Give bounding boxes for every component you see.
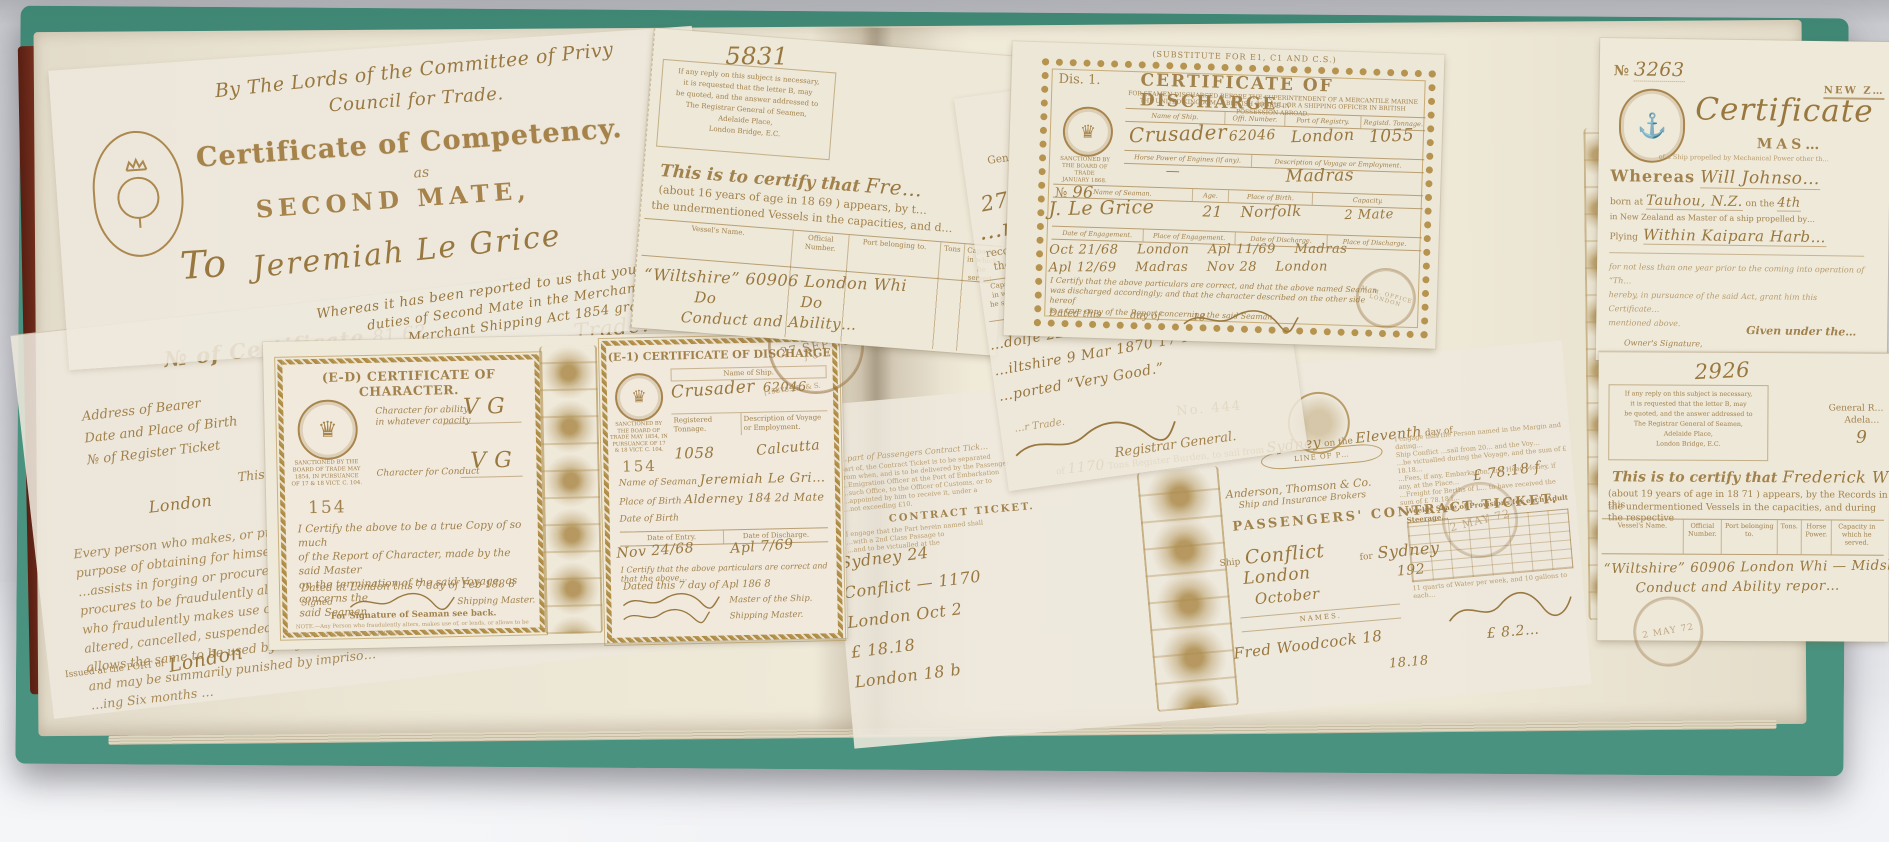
- dis1-master-signature-flourish: [1181, 306, 1302, 334]
- to-word: To: [179, 241, 228, 288]
- doc-number-2926: 2926: [1694, 358, 1751, 385]
- dis1-code: Dis. 1.: [1058, 72, 1100, 88]
- doc-service-record-5831: 5831 If any reply on this subject is nec…: [631, 28, 1019, 356]
- certify-name-2926: Frederick W…: [1782, 467, 1889, 487]
- certify-name-5831: Fre…: [864, 173, 923, 201]
- signed-label: Signed: [301, 598, 333, 609]
- col-tons-2926: Tons.: [1778, 520, 1802, 554]
- ornate-divider-column: [1136, 466, 1239, 712]
- reply-notice-text: If any reply on this subject is necessar…: [658, 60, 835, 144]
- dis1-official-label: Offi. Number.: [1225, 112, 1285, 126]
- ship-label: Ship: [1219, 557, 1240, 569]
- fare-script: £ 8.2…: [1486, 621, 1540, 642]
- conduct-value: V G: [470, 448, 512, 474]
- character-officer-label: Shipping Master.: [457, 595, 535, 607]
- dis1-ship-script: Crusader: [1128, 120, 1227, 148]
- e1-officer-label: Shipping Master.: [730, 610, 804, 622]
- office-line2-2926: Adela…: [1845, 416, 1880, 426]
- dis1-service-row1: Oct 21/68 London Apl 11/69 Madras: [1049, 242, 1347, 258]
- dis1-age-script: 21: [1202, 202, 1223, 221]
- doc-certificate-of-competency: By The Lords of the Committee of Privy C…: [48, 26, 712, 370]
- for-label: for: [1359, 552, 1373, 563]
- given-place-script: London: [148, 491, 213, 517]
- passenger-name-script: Fred Woodcock 18: [1233, 627, 1384, 663]
- doc-nz-master-certificate: № 3263 ⚓ NEW Z… Certificate MAS… of a Sh…: [1596, 38, 1889, 364]
- row2-2926: Conduct and Ability repor…: [1635, 578, 1839, 596]
- reply-notice-box: If any reply on this subject is necessar…: [656, 59, 836, 160]
- nz-line: in New Zealand as Master of a ship prope…: [1610, 212, 1815, 224]
- col-hp-2926: Horse Power.: [1802, 520, 1832, 554]
- e1-birth-script: Alderney 184: [684, 490, 772, 506]
- dis1-age-label: Age.: [1193, 189, 1229, 202]
- e1-voyage-script: Calcutta: [756, 437, 821, 459]
- e1-voyage-label: Description of Voyage or Employment.: [741, 411, 827, 435]
- dis1-hp-script: —: [1165, 163, 1180, 179]
- col-vessel-2926: Vessel's Name.: [1602, 519, 1684, 553]
- dis1-service-row2: Apl 12/69 Madras Nov 28 London: [1049, 259, 1328, 275]
- e1-seaman-script: Jeremiah Le Gri…: [700, 470, 826, 488]
- e1-tonnage-label: Registered Tonnage.: [671, 413, 741, 436]
- nz-plying-script: Within Kaipara Harb…: [1643, 226, 1826, 248]
- photo-of-open-book: Trade. № of Certificate 81 62 Address of…: [0, 0, 1889, 842]
- dis1-seaman-script: J. Le Grice: [1048, 196, 1154, 220]
- board-of-trade-crest-icon: [89, 128, 188, 260]
- shipping-master-signature-flourish-2: [621, 606, 711, 626]
- dis1-lace-border: Dis. 1. CERTIFICATE OF DISCHARGE FOR SEA…: [1034, 58, 1436, 338]
- character-form-number: 154: [303, 497, 351, 518]
- certify-prefix-2926: This is to certify that: [1612, 469, 1777, 486]
- ribbon-text: LINE OF P…: [1294, 450, 1350, 464]
- dis1-hp-label: Horse Power of Engines (if any).: [1124, 151, 1252, 167]
- nz-owners-label: Owner's Signature,: [1624, 338, 1703, 348]
- doc-certificate-of-discharge-dis1: (SUBSTITUTE FOR E1, C1 AND C.S.) Dis. 1.…: [1003, 41, 1444, 348]
- nz-born-day: 4th: [1777, 195, 1801, 211]
- ability-answer-line: [444, 422, 522, 425]
- doc-character-and-discharge-sheet: (E-D) CERTIFICATE OF CHARACTER. ♛ SANCTI…: [263, 330, 847, 650]
- nz-born-place: Tauhou, N.Z.: [1646, 193, 1743, 211]
- office-line1-2926: General R…: [1829, 403, 1884, 413]
- reply-notice-box-2926: If any reply on this subject is necessar…: [1608, 384, 1768, 461]
- dis1-capacity-script: 2 Mate: [1344, 207, 1394, 223]
- ornate-divider-column-2: [539, 345, 603, 634]
- registrar-signature-flourish: [1009, 411, 1182, 464]
- col-tons-5831: Tons: [939, 242, 966, 280]
- nz-born-pre: born at: [1610, 197, 1643, 207]
- row1-2926: “Wiltshire” 60906 London Whi — Midship…: [1604, 557, 1889, 577]
- col-official-5831: Official Number.: [791, 231, 850, 271]
- nz-paren-line: of a Ship propelled by Mechanical Power …: [1659, 153, 1829, 163]
- nz-born-post: on the: [1745, 199, 1774, 209]
- col-port-2926: Port belonging to.: [1722, 520, 1778, 554]
- e1-birth-label: Place of Birth: [619, 496, 682, 507]
- dis1-official-script: 62046: [1229, 127, 1277, 145]
- ability-value: V G: [463, 394, 505, 420]
- dis1-eng-date-label: Date of Engagement.: [1052, 227, 1144, 242]
- e1-master-note: Master of the Ship.: [729, 594, 812, 606]
- dis1-tonnage-script: 1055: [1369, 125, 1415, 147]
- col-capacity-2926: Capacity in which he served.: [1832, 520, 1882, 554]
- nz-given-line: Given under the…: [1746, 324, 1856, 339]
- counterfoil-handwriting: Sydney 24Conflict — 1170London Oct 2£ 18…: [838, 532, 993, 698]
- e1-capacity-script: 2d Mate: [775, 490, 825, 504]
- nz-legal-lines: for not less than one year prior to the …: [1608, 260, 1871, 334]
- e1-dob-label: Date of Birth: [620, 513, 679, 524]
- marine-department-seal-icon: ♛: [297, 399, 358, 460]
- e1-discharge-script: Apl 7/69: [730, 536, 794, 557]
- nz-rank-word: MAS…: [1757, 136, 1824, 153]
- marine-department-seal-icon-2: ♛: [615, 373, 664, 422]
- col-official-2926: Official Number.: [1684, 520, 1722, 554]
- e1-sanction-text: SANCTIONED BY THE BOARD OF TRADE MAY 185…: [610, 421, 669, 455]
- e1-seaman-label: Name of Seaman: [619, 477, 697, 489]
- reply-notice-text-2926: If any reply on this subject is necessar…: [1609, 385, 1767, 450]
- dis1-birth-script: Norfolk: [1240, 202, 1302, 221]
- ticket-date-script: 18.18: [1388, 653, 1429, 671]
- nz-number-label: №: [1614, 63, 1629, 79]
- conduct-answer-line: [461, 476, 523, 478]
- nz-divider: [1609, 252, 1864, 257]
- dis1-voyage-script: Madras: [1285, 165, 1354, 186]
- e1-tonnage-script: 1058: [674, 444, 715, 463]
- certificate-of-character: (E-D) CERTIFICATE OF CHARACTER. ♛ SANCTI…: [277, 354, 545, 637]
- nz-name-script: Will Johnso…: [1700, 167, 1820, 190]
- character-sanction-text: SANCTIONED BY THE BOARD OF TRADE MAY 185…: [290, 459, 363, 489]
- ship-month-script: October: [1254, 584, 1320, 608]
- doc-service-record-2926: 2926 If any reply on this subject is nec…: [1597, 351, 1889, 642]
- dis1-crest-icon: ♛: [1062, 106, 1114, 158]
- nz-title-script: Certificate: [1695, 91, 1874, 129]
- nz-plying-label: Plying: [1609, 232, 1638, 242]
- nz-whereas-word: Whereas: [1610, 166, 1695, 186]
- digit-script-2926: 9: [1856, 428, 1867, 448]
- recipient-name: Jeremiah Le Grice: [251, 218, 563, 285]
- nz-anchor-badge-icon: ⚓: [1619, 88, 1686, 163]
- dis1-capacity-label: Capacity.: [1313, 193, 1423, 208]
- nz-number-script: 3263: [1634, 58, 1685, 82]
- dis1-port-script: London: [1291, 125, 1355, 146]
